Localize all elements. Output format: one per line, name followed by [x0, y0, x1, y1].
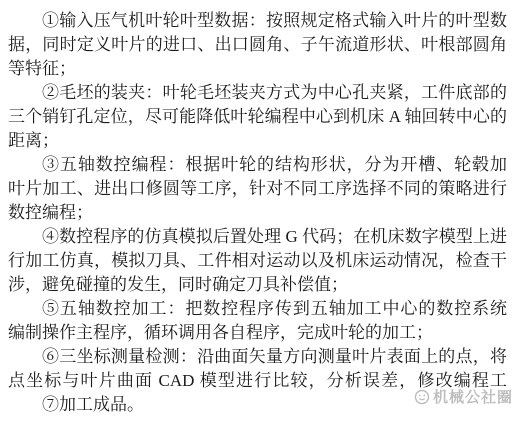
watermark-text: 机械公社圈 [433, 386, 513, 407]
text-line: 等特征； [8, 57, 507, 81]
watermark: 机械公社圈 [414, 386, 513, 407]
text-line: 叶片加工、进出口修圆等工序，针对不同工序选择不同的策略进行 [8, 177, 507, 201]
text-line: ⑤五轴数控加工：把数控程序传到五轴加工中心的数控系统中， [8, 297, 507, 321]
text-line: 据，同时定义叶片的进口、出口圆角、子午流道形状、叶根部圆角 [8, 33, 507, 57]
text-line: ④数控程序的仿真模拟后置处理 G 代码；在机床数字模型上进 [8, 225, 507, 249]
text-line: 数控编程； [8, 201, 507, 225]
watermark-smiley-icon [414, 389, 430, 405]
text-line: ③五轴数控编程：根据叶轮的结构形状，分为开槽、轮毂加工、 [8, 153, 507, 177]
text-line: ②毛坯的装夹：叶轮毛坯装夹方式为中心孔夹紧，工件底部的 [8, 81, 507, 105]
text-line: 距离； [8, 129, 507, 153]
text-line: 三个销钉孔定位，尽可能降低叶轮编程中心到机床 A 轴回转中心的 [8, 105, 507, 129]
text-line: 行加工仿真，模拟刀具、工件相对运动以及机床运动情况，检查干 [8, 249, 507, 273]
text-line: ①输入压气机叶轮叶型数据：按照规定格式输入叶片的叶型数 [8, 9, 507, 33]
scanned-document-page: ①输入压气机叶轮叶型数据：按照规定格式输入叶片的叶型数 据，同时定义叶片的进口、… [0, 0, 515, 421]
text-line: 编制操作主程序，循环调用各自程序，完成叶轮的加工； [8, 321, 507, 345]
text-line: 涉，避免碰撞的发生，同时确定刀具补偿值； [8, 273, 507, 297]
text-line: ⑥三坐标测量检测：沿曲面矢量方向测量叶片表面上的点，将 [8, 345, 507, 369]
